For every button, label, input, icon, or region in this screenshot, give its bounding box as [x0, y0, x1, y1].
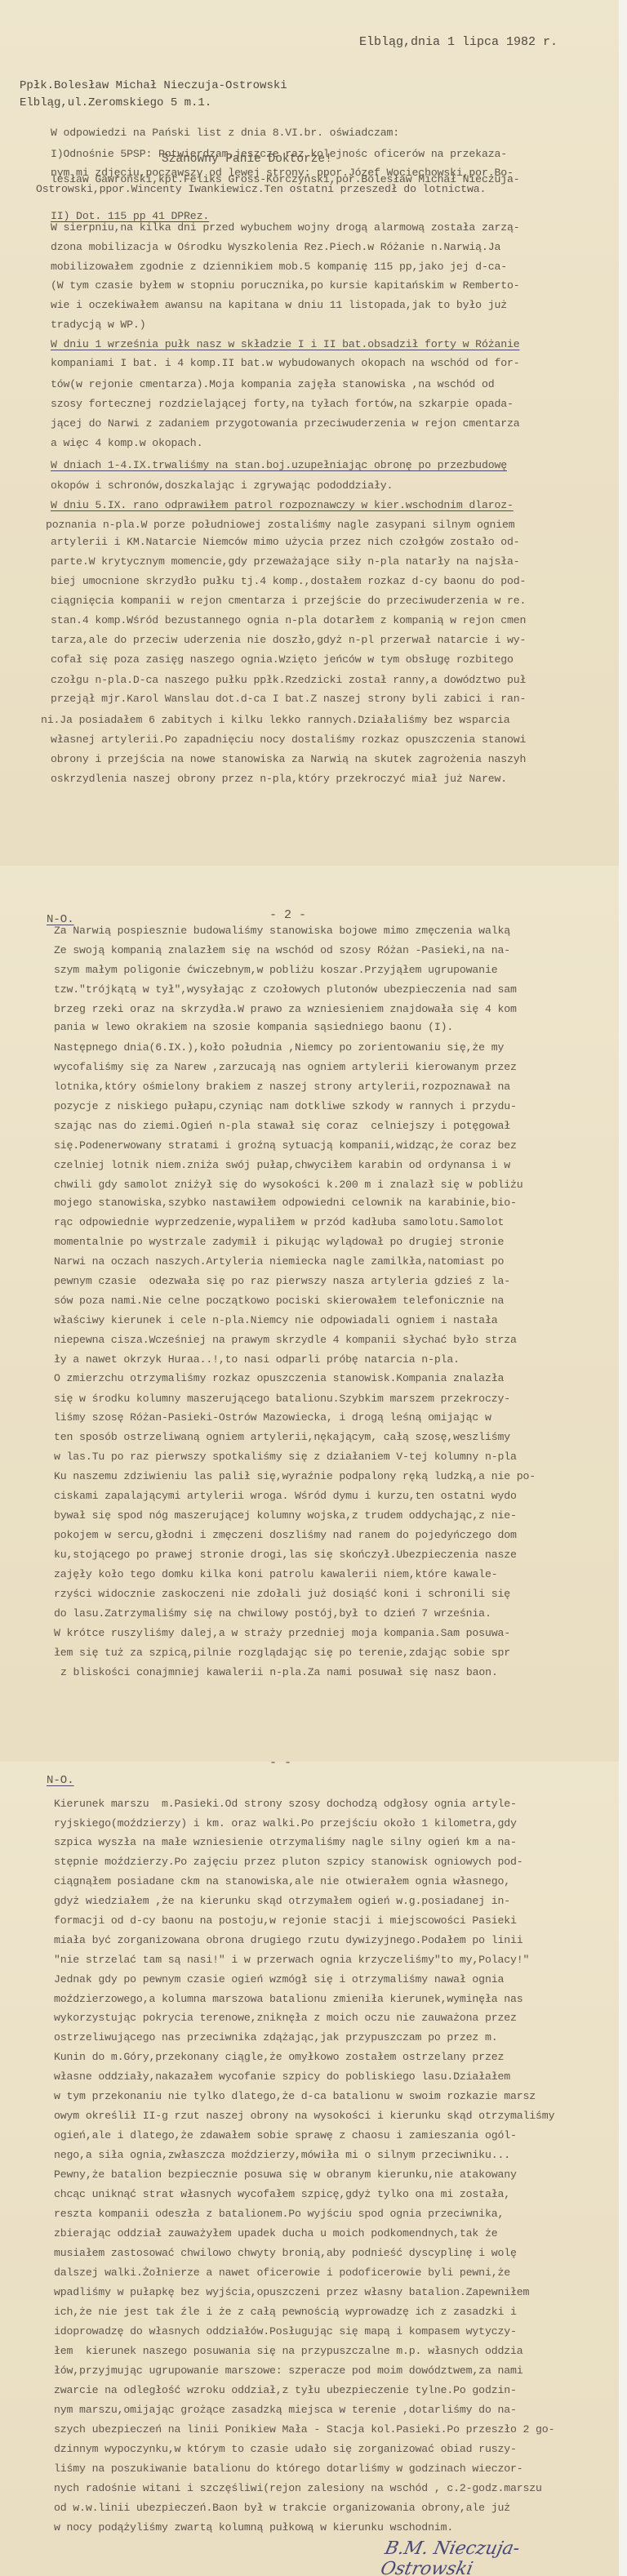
text-line: Następnego dnia(6.IX.),koło południa ,Ni…: [54, 1041, 504, 1054]
text-line: zajęły koło tego domku kilka koni patrol…: [54, 1568, 497, 1581]
scan-edge: [619, 0, 627, 2576]
text-line: poznania n-pla.W porze południowej zosta…: [46, 519, 515, 532]
text-line: ryjskiego(moździerzy) i km. oraz walki.P…: [54, 1817, 517, 1830]
text-line: sów poza nami.Nie celne początkowo pocis…: [54, 1295, 504, 1308]
text-line: szym małym poligonie ćwiczebnym,w pobliż…: [54, 964, 497, 977]
text-line: ku,stojącego po prawej stronie drogi,las…: [54, 1549, 517, 1562]
text-line: nym marszu,omijając grożące zasadzką mie…: [54, 2404, 517, 2417]
text-line: W krótce ruszyliśmy dalej,a w straży prz…: [54, 1627, 510, 1640]
text-line: ni.Ja posiadałem 6 zabitych i kilku lekk…: [41, 714, 510, 727]
text-line: od w.w.linii ubezpieczeń.Baon był w trak…: [54, 2502, 510, 2515]
text-line: biej umocnione skrzydło pułku tj.4 komp.…: [51, 575, 526, 588]
text-line: rąc odpowiednie wyprzedzenie,wypaliłem w…: [54, 1216, 504, 1229]
handwritten-signature: B.M. Nieczuja-Ostrowski: [380, 2538, 576, 2573]
text-line: miała być zorganizowana obrona drugiego …: [54, 1934, 523, 1947]
text-line: parte.W krytycznym momencie,gdy przeważa…: [51, 555, 520, 568]
text-line: wycofaliśmy się za Narew ,zarzucają nas …: [54, 1061, 517, 1074]
text-line: czołgu n-pla.D-ca naszego pułku ppłk.Rze…: [51, 674, 526, 687]
text-line: własne oddziały,nakazałem wycofanie szpi…: [54, 2070, 510, 2084]
text-line: tarza,ale do przeciw uderzenia nie doszł…: [51, 634, 526, 647]
text-line: lotnika,który ośmielony brakiem z naszej…: [54, 1081, 510, 1094]
text-line: tradycją w WP.): [51, 319, 145, 332]
text-line: Pewny,że batalion bezpiecznie posuwa się…: [54, 2168, 517, 2182]
text-line: dalszej walki.Żołnierze a nawet oficerow…: [54, 2266, 510, 2280]
text-line: pozycje z niskiego pułapu,czyniąc nam do…: [54, 1100, 517, 1113]
text-line: stępnie moździerzy.Po zajęciu przez plut…: [54, 1856, 523, 1869]
text-line: się w środku kolumny maszerującego batal…: [54, 1393, 510, 1406]
text-line: czelniej lotnik niem.zniża swój pułap,ch…: [54, 1159, 510, 1172]
text-line: bywał się spod nóg maszerującej kolumny …: [54, 1509, 517, 1522]
text-line: w tym przekonaniu nie tylko dlatego,że d…: [54, 2090, 536, 2103]
text-line: brzeg rzeki oraz na skrzydła.W prawo za …: [54, 1003, 517, 1016]
text-line: Ostrowski,ppor.Wincenty Iwankiewicz.Ten …: [36, 183, 486, 196]
text-line: Ze swoją kompanią znalazłem się na wschó…: [54, 944, 510, 957]
text-line: kompaniami I bat. i 4 komp.II bat.w wybu…: [51, 357, 520, 370]
text-line: Ku naszemu zdziwieniu las palił się,wyra…: [54, 1470, 536, 1483]
text-line: pania w lewo okrakiem na szosie kompania…: [54, 1021, 453, 1034]
text-line: formacji od d-cy baonu na postoju,w rejo…: [54, 1914, 517, 1928]
text-line: Kierunek marszu m.Pasieki.Od strony szos…: [54, 1798, 517, 1811]
text-line: zbierając oddział zauważyłem upadek duch…: [54, 2227, 497, 2240]
text-line: wie i oczekiwałem awansu na kapitana w d…: [51, 299, 507, 312]
text-line: ostrzeliwującego nas przeciwnika zdążają…: [54, 2031, 497, 2044]
text-line: chwili gdy samolot zniżył się do wysokoś…: [54, 1179, 523, 1192]
page-2-number: - 2 -: [269, 908, 306, 922]
text-line: pewnym czasie odezwała się po raz pierws…: [54, 1275, 510, 1288]
text-line: musiałem zastosować chwilowo chwyty bron…: [54, 2247, 517, 2260]
text-line: Narwi na oczach naszych.Artyleria niemie…: [54, 1255, 504, 1268]
text-line: W dniu 5.IX. rano odprawiłem patrol rozp…: [51, 499, 514, 512]
text-line: okopów i schronów,doszkalając i zgrywają…: [51, 479, 393, 492]
text-line: W sierpniu,na kilka dni przed wybuchem w…: [51, 221, 520, 234]
text-line: a więc 4 komp.w okopach.: [51, 437, 202, 450]
text-line: obrony i przejścia na nowe stanowiska za…: [51, 753, 526, 766]
text-line: niepewna cisza.Wcześniej na prawym skrzy…: [54, 1334, 517, 1347]
text-line: ciskami zapalającymi artylerii wroga. Wś…: [54, 1490, 517, 1503]
text-line: W dniu 1 września pułk nasz w składzie I…: [51, 338, 520, 351]
text-line: moździerzowego,a kolumna marszowa batali…: [54, 1993, 523, 2006]
text-line: tów(w rejonie cmentarza).Moja kompania z…: [51, 378, 494, 391]
text-line: I)Odnośnie 5PSP: Potwierdzam,jeszcze raz…: [51, 148, 507, 161]
text-line: łów,przyjmując ugrupowanie marszowe: szp…: [54, 2364, 523, 2378]
text-line: łem się tuż za szpicą,pilnie rozglądając…: [54, 1647, 510, 1660]
text-line: oskrzydlenia naszej obrony przez n-pla,k…: [51, 773, 507, 786]
text-line: chcąc uniknąć strat własnych wycofałem s…: [54, 2188, 510, 2201]
text-line: liśmy szosę Różan-Pasieki-Ostrów Mazowie…: [54, 1411, 491, 1424]
text-line: Kunin do m.Góry,przekonany ciągle,że omy…: [54, 2051, 504, 2064]
text-line: w las.Tu po raz pierwszy spotkaliśmy się…: [54, 1451, 517, 1464]
text-line: szych ubezpieczeń na linii Ponikiew Mała…: [54, 2423, 554, 2436]
text-line: dzona mobilizacja w Ośrodku Wyszkolenia …: [51, 241, 500, 254]
page-3-header: N-O.: [47, 1774, 74, 1787]
text-line: własnej artylerii.Po zapadnięciu nocy do…: [51, 733, 526, 747]
text-line: tzw."trójkątą w tył",wysyłając z czołowy…: [54, 983, 517, 996]
text-line: do lasu.Zatrzymaliśmy się na chwilowy po…: [54, 1607, 491, 1620]
text-line: pokojem w sercu,głodni i zmęczeni doszli…: [54, 1529, 517, 1542]
text-line: "nie strzelać tam są nasi!" i w przerwac…: [54, 1954, 529, 1967]
text-line: liśmy na poszukiwanie batalionu do które…: [54, 2462, 523, 2476]
text-line: stan.4 komp.Wśród bezustannego ognia n-p…: [51, 614, 526, 627]
page-3-number: - -: [269, 1756, 291, 1770]
text-line: reszta kompanii odeszła z batalionem.Po …: [54, 2208, 504, 2221]
text-line: Za Narwią pospiesznie budowaliśmy stanow…: [54, 925, 510, 938]
text-line: ten sposób ostrzeliwaną ogniem artylerii…: [54, 1431, 510, 1444]
text-line: właściwy kierunek i cele n-pla.Niemcy ni…: [54, 1314, 497, 1327]
letter-date: Elbląg,dnia 1 lipca 1982 r.: [359, 35, 558, 49]
text-line: (W tym czasie byłem w stopniu porucznika…: [51, 279, 520, 292]
text-line: ły a nawet okrzyk Huraa..!,to nasi odpar…: [54, 1353, 460, 1366]
text-line: szając nas do ziemi.Ogień n-pla stawał s…: [54, 1120, 510, 1133]
sender-address: Elbląg,ul.Zeromskiego 5 m.1.: [20, 96, 211, 109]
text-line: ich,że nie jest tak źle i że z całą pewn…: [54, 2306, 517, 2319]
text-line: O zmierzchu otrzymaliśmy rozkaz opuszcze…: [54, 1372, 504, 1385]
text-line: nych radośnie witani i szczęśliwi(rejon …: [54, 2482, 542, 2495]
text-line: nego,a siła ognia,zwłaszcza moździerzy,m…: [54, 2149, 510, 2162]
text-line: szosy fortecznej rozdzielającej forty,na…: [51, 398, 514, 411]
text-line: ciągnąłem posiadane ckm na stanowiska,al…: [54, 1875, 510, 1888]
text-line: dzinnym wypoczynku,w którym to czasie ud…: [54, 2443, 517, 2456]
text-line: mojego stanowiska,szybko nastawiłem odpo…: [54, 1197, 517, 1210]
text-line: jącej do Narwi z zadaniem przygotowania …: [51, 417, 520, 430]
text-line: cofał się poza zasięg naszego ognia.Wzię…: [51, 653, 514, 666]
text-line: przejął mjr.Karol Wanslau dot.d-ca I bat…: [51, 693, 526, 706]
text-line: W dniach 1-4.IX.trwaliśmy na stan.boj.uz…: [51, 459, 507, 472]
text-line: mobilizowałem zgodnie z dziennikiem mob.…: [51, 261, 507, 274]
text-line: owym określił II-g rzut naszej obrony na…: [54, 2110, 554, 2123]
text-line: z bliskości conajmniej kawalerii n-pla.Z…: [60, 1666, 498, 1679]
sender-name: Ppłk.Bolesław Michał Nieczuja-Ostrowski: [20, 79, 287, 92]
text-line: W odpowiedzi na Pański list z dnia 8.VI.…: [51, 127, 399, 140]
text-line: momentalnie po wystrzale zadymił i pikuj…: [54, 1236, 504, 1249]
text-line: rzyści widocznie zaskoczeni nie zdołali …: [54, 1588, 510, 1601]
text-line: gdyż wiedziałem ,że na kierunku skąd otr…: [54, 1895, 510, 1908]
text-line: w nocy podążyliśmy zwartą kolumną pułkow…: [54, 2521, 453, 2534]
text-line: idoprowadzę do własnych oddziałów.Posług…: [54, 2325, 517, 2338]
text-line: ciągnięcia kompanii w rejon cmentarza i …: [51, 595, 526, 608]
text-line: Jednak gdy po pewnym czasie ogień wzmógł…: [54, 1973, 504, 1986]
text-line: zwarcie na odległość wzroku oddział,z ty…: [54, 2384, 517, 2397]
text-line: się.Podenerwowany stratami i groźną sytu…: [54, 1139, 517, 1152]
text-line: wpadliśmy w pułapkę bez wyjścia,opuszcze…: [54, 2286, 529, 2299]
text-line: łem kierunek naszego posuwania się na pr…: [54, 2345, 523, 2358]
text-line: wykorzystując pokrycia terenowe,zniknęła…: [54, 2012, 517, 2025]
text-line: szpica wyszła na małe wzniesienie otrzym…: [54, 1836, 517, 1849]
text-line: artylerii i KM.Natarcie Niemców mimo uży…: [51, 536, 520, 549]
text-line: ogień,ale i dlatego,że zdawałem sobie sp…: [54, 2129, 517, 2142]
